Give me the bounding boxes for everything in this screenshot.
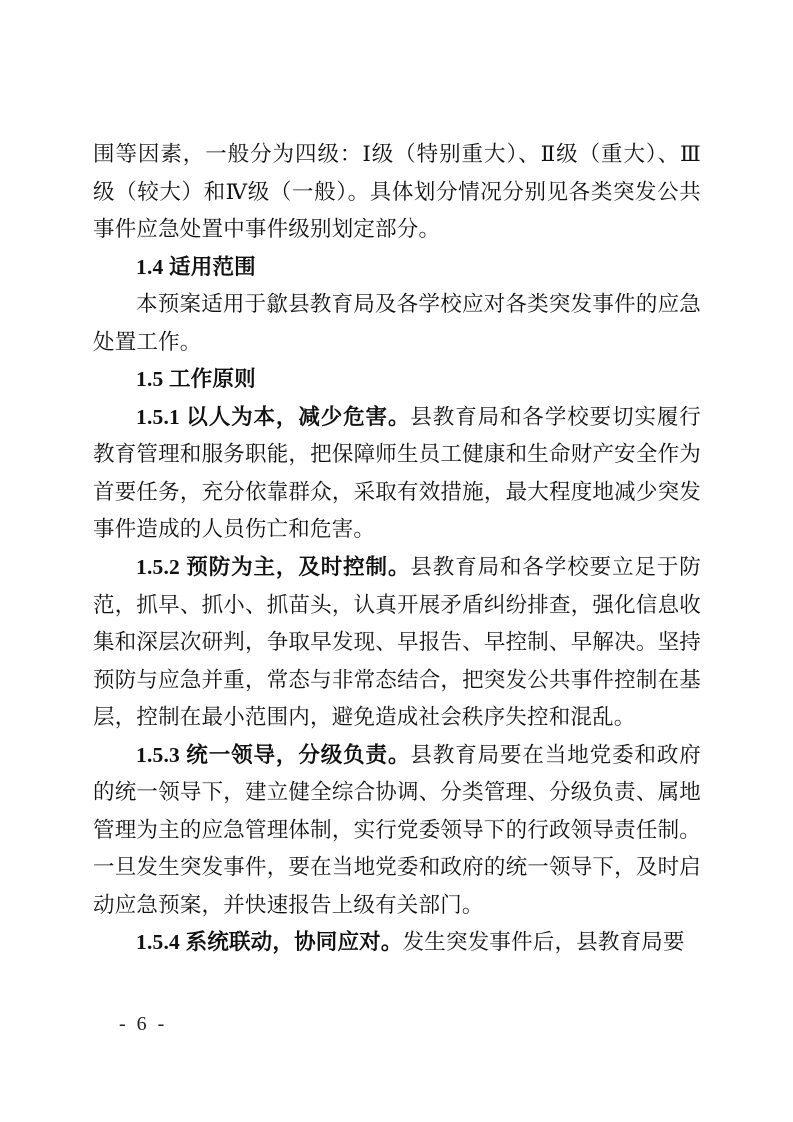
paragraph: 围等因素，一般分为四级：Ⅰ级（特别重大）、Ⅱ级（重大）、Ⅲ级（较大）和Ⅳ级（一般… <box>93 136 701 249</box>
paragraph: 1.5.3 统一领导，分级负责。县教育局要在当地党委和政府的统一领导下，建立健全… <box>93 737 701 925</box>
paragraph-lead-bold: 1.5.1 以人为本，减少危害。 <box>136 405 410 429</box>
document-body: 围等因素，一般分为四级：Ⅰ级（特别重大）、Ⅱ级（重大）、Ⅲ级（较大）和Ⅳ级（一般… <box>93 136 701 962</box>
paragraph-lead-bold: 1.5.2 预防为主，及时控制。 <box>136 555 410 579</box>
page-number: - 6 - <box>119 1011 167 1037</box>
paragraph: 1.5.1 以人为本，减少危害。县教育局和各学校要切实履行教育管理和服务职能，把… <box>93 399 701 549</box>
document-page: 围等因素，一般分为四级：Ⅰ级（特别重大）、Ⅱ级（重大）、Ⅲ级（较大）和Ⅳ级（一般… <box>0 0 793 1122</box>
paragraph: 1.5.4 系统联动，协同应对。发生突发事件后，县教育局要 <box>93 924 701 962</box>
paragraph: 本预案适用于歙县教育局及各学校应对各类突发事件的应急处置工作。 <box>93 286 701 361</box>
section-heading: 1.4 适用范围 <box>93 249 701 287</box>
section-heading: 1.5 工作原则 <box>93 361 701 399</box>
paragraph: 1.5.2 预防为主，及时控制。县教育局和各学校要立足于防范，抓早、抓小、抓苗头… <box>93 549 701 737</box>
paragraph-lead-bold: 1.5.4 系统联动，协同应对。 <box>136 930 403 954</box>
paragraph-lead-bold: 1.5.3 统一领导，分级负责。 <box>136 743 410 767</box>
